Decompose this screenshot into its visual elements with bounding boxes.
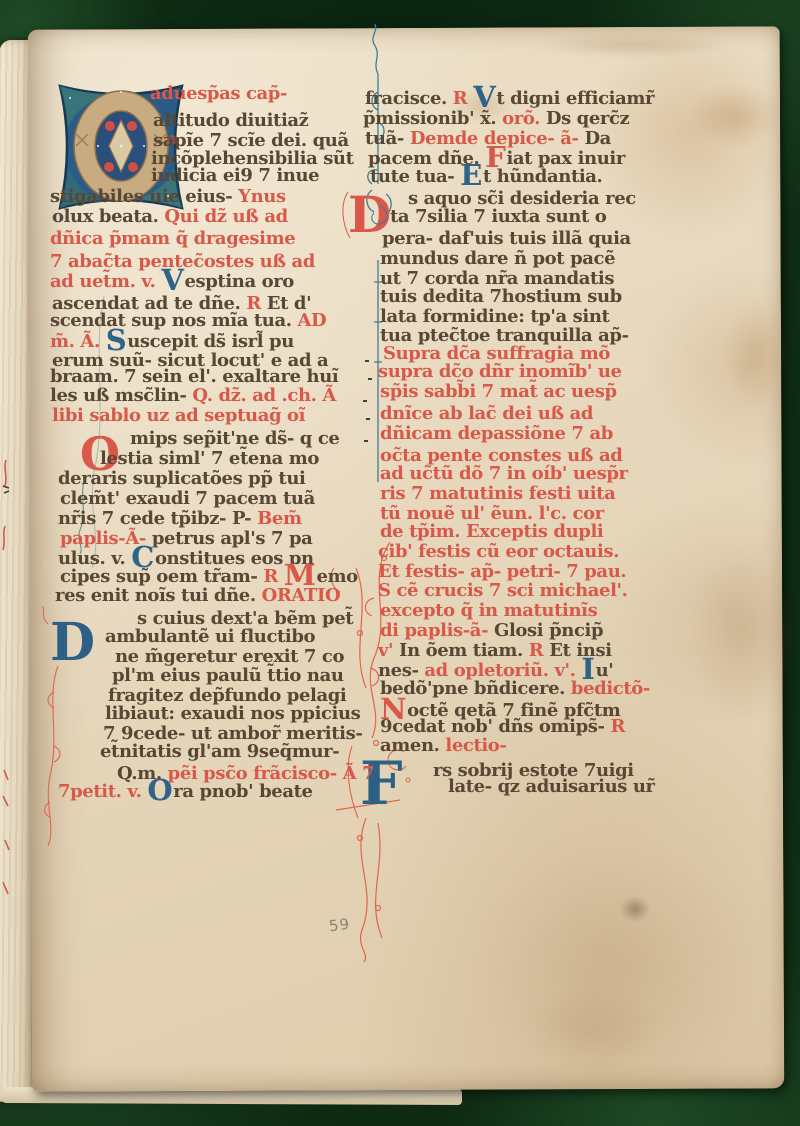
text-line: et̃nitatis gl'am 9seq̃mur- bbox=[100, 742, 339, 762]
text-line: libiaut: exaudi nos ppicius bbox=[105, 704, 360, 724]
ink-text: iudicia ei9 7 inue bbox=[151, 165, 319, 186]
rubric-text: Bem̃ bbox=[257, 508, 302, 529]
ink-text: Ds qerc̃z bbox=[546, 108, 630, 129]
ink-text: tuã- bbox=[365, 128, 410, 149]
ink-text: Da bbox=[584, 128, 610, 149]
text-line: v' In õem tiam. R Et insi bbox=[378, 641, 612, 661]
rubric-text: m̃. Ã. bbox=[50, 331, 106, 352]
text-line: res enit noĩs tui dñe. ORATIO bbox=[55, 586, 340, 606]
text-line: lata formidine: tp'a sint bbox=[380, 307, 609, 327]
text-line: dñica p̃mam q̃ dragesime bbox=[50, 229, 295, 249]
ink-text: t hũndantia. bbox=[483, 166, 602, 187]
text-line: fracisce. R Vt digni efficiamr̃ bbox=[365, 89, 654, 109]
rubric-text: AD bbox=[297, 310, 326, 331]
ink-text: petrus apl's 7 pa bbox=[152, 528, 313, 549]
rubric-text: ORATIO bbox=[262, 585, 341, 606]
text-line: clem̃t' exaudi 7 pacem tuã bbox=[60, 489, 315, 509]
text-line: ambulantẽ ui fluctibo bbox=[105, 627, 315, 647]
rubric-text: R bbox=[453, 88, 473, 109]
rubric-text: ad uet̃m. v. bbox=[50, 271, 161, 292]
text-line: pl'm eius paulũ t̃tio nau bbox=[112, 666, 344, 686]
ink-text: t digni efficiamr̃ bbox=[496, 88, 654, 109]
rubric-text: bedictõ- bbox=[571, 678, 650, 699]
rubric-text: excepto q̃ in matutinĩs bbox=[380, 600, 597, 621]
text-line: amen. lectio- bbox=[380, 736, 506, 756]
rubric-text: S cẽ crucis 7 sci michael'. bbox=[378, 580, 628, 601]
ink-text: et̃nitatis gl'am 9seq̃mur- bbox=[100, 741, 339, 762]
manuscript-photo: D F O D bbox=[0, 0, 800, 1126]
text-line: Et festis- ap̃- petri- 7 pau. bbox=[378, 562, 626, 582]
ink-text: pl'm eius paulũ t̃tio nau bbox=[112, 665, 344, 686]
text-line: ad uc̃tũ dõ 7 in oíb' uesp̃r bbox=[380, 464, 628, 484]
text-line: mundus dare ñ pot pacẽ bbox=[380, 249, 615, 269]
ink-text: Glosi p̃ncip̃ bbox=[494, 620, 603, 641]
text-line: ris 7 matutinis festi uita bbox=[380, 484, 615, 504]
manuscript-text: aduesp̃as cap̃-altitudo diuitiaz̃sapĩe 7… bbox=[0, 0, 800, 1126]
rubric-text: Ynus bbox=[238, 186, 286, 207]
ink-text: emo bbox=[316, 566, 357, 587]
ink-text: mips sep̃it'ne ds̃- q ce bbox=[130, 428, 339, 449]
rubric-text: dñica p̃mam q̃ dragesime bbox=[50, 228, 295, 249]
ink-text: pera- daf'uis tuis illã quia bbox=[382, 228, 631, 249]
ink-text: fracisce. bbox=[365, 88, 453, 109]
ink-text: tuis dedita 7hostium sub bbox=[380, 286, 622, 307]
rubric-text: Q. dz̃. ad .ch. Ã bbox=[192, 385, 336, 406]
initial-letter: O bbox=[147, 773, 173, 807]
rubric-text: ris 7 matutinis festi uita bbox=[380, 483, 615, 504]
text-line: scendat sup nos mĩa tua. AD bbox=[50, 311, 326, 331]
rubric-text: de tp̃im. Exceptis dupli bbox=[380, 521, 603, 542]
rubric-text: 7petit. v. bbox=[58, 781, 147, 802]
rubric-text: di paplis-ã- bbox=[380, 620, 494, 641]
text-line: nr̃is 7 cede tp̃ibz- P- Bem̃ bbox=[58, 509, 302, 529]
ink-text: In õem tiam. bbox=[399, 640, 529, 661]
ink-text: amen. bbox=[380, 735, 445, 756]
ink-text: scendat sup nos mĩa tua. bbox=[50, 310, 297, 331]
text-line: tute tua- Et hũndantia. bbox=[370, 167, 602, 187]
rubric-text: ad uc̃tũ dõ 7 in oíb' uesp̃r bbox=[380, 463, 628, 484]
text-line: 9cedat nob' dñs omips̃- R bbox=[380, 717, 625, 737]
text-line: tuis dedita 7hostium sub bbox=[380, 287, 622, 307]
text-line: pera- daf'uis tuis illã quia bbox=[382, 229, 631, 249]
rubric-text: sp̃is sabb̃i 7 mat̃ ac uesp̃ bbox=[380, 381, 617, 402]
text-line: sp̃is sabb̃i 7 mat̃ ac uesp̃ bbox=[380, 382, 617, 402]
ink-text: uscepit ds̃ isrl̃ pu bbox=[127, 331, 294, 352]
text-line: ad uet̃m. v. Vesptina oro bbox=[50, 272, 294, 292]
ink-text: ra pnob' beate bbox=[173, 781, 312, 802]
ink-text: p̃missionib' x̃. bbox=[363, 108, 502, 129]
text-line: stigabiles uie eius- Ynus bbox=[50, 187, 286, 207]
ink-text: clem̃t' exaudi 7 pacem tuã bbox=[60, 488, 315, 509]
text-line: braam. 7 sein el'. exaltare huĩ bbox=[50, 367, 338, 387]
rubric-text: orõ. bbox=[502, 108, 546, 129]
ink-text: late- qz aduisarius ur̃ bbox=[448, 776, 655, 797]
rubric-text: R bbox=[610, 716, 625, 737]
ink-text: olux beata. bbox=[52, 206, 164, 227]
initial-letter: V bbox=[161, 263, 184, 297]
ink-text: lata formidine: tp'a sint bbox=[380, 306, 609, 327]
ink-text: braam. 7 sein el'. exaltare huĩ bbox=[50, 366, 338, 387]
rubric-text: R bbox=[529, 640, 549, 661]
ink-text: les uß msc̃lin- bbox=[50, 385, 192, 406]
initial-letter: E bbox=[460, 158, 483, 192]
ink-text: ambulantẽ ui fluctibo bbox=[105, 626, 315, 647]
ink-text: 9cedat nob' dñs omips̃- bbox=[380, 716, 610, 737]
ink-text: lestia siml' 7 et̃ena mo bbox=[100, 448, 319, 469]
text-line: late- qz aduisarius ur̃ bbox=[448, 777, 655, 797]
ink-text: altitudo diuitiaz̃ bbox=[153, 110, 309, 131]
rubric-text: R bbox=[263, 566, 283, 587]
text-line: excepto q̃ in matutinĩs bbox=[380, 601, 597, 621]
ink-text: bedõ'pne bñdicere. bbox=[380, 678, 571, 699]
text-line: m̃. Ã. Suscepit ds̃ isrl̃ pu bbox=[50, 332, 294, 352]
rubric-text: libi sablo uz ad septuag̃ oĩ bbox=[52, 405, 305, 426]
folio-number: 59 bbox=[328, 915, 351, 936]
rubric-text: lectio- bbox=[445, 735, 506, 756]
text-line: deraris suplicatões pp̃ tui bbox=[58, 469, 305, 489]
ink-text: deraris suplicatões pp̃ tui bbox=[58, 468, 305, 489]
text-line: dñicam depassiõne 7 ab bbox=[380, 424, 613, 444]
text-line: iudicia ei9 7 inue bbox=[151, 166, 319, 186]
text-line: cib' festis cũ eor octauis. bbox=[378, 542, 619, 562]
text-line: bedõ'pne bñdicere. bedictõ- bbox=[380, 679, 650, 699]
text-line: di paplis-ã- Glosi p̃ncip̃ bbox=[380, 621, 603, 641]
ink-text: ta 7silia 7 iuxta sunt o bbox=[390, 206, 606, 227]
text-line: libi sablo uz ad septuag̃ oĩ bbox=[52, 406, 305, 426]
text-line: p̃missionib' x̃. orõ. Ds qerc̃z bbox=[363, 109, 629, 129]
rubric-text: aduesp̃as cap̃- bbox=[150, 83, 287, 104]
rubric-text: cib' festis cũ eor octauis. bbox=[378, 541, 619, 562]
ink-text: tute tua- bbox=[370, 166, 460, 187]
rubric-text: Qui dz̃ uß ad bbox=[164, 206, 287, 227]
text-line: de tp̃im. Exceptis dupli bbox=[380, 522, 603, 542]
ink-text: res enit noĩs tui dñe. bbox=[55, 585, 262, 606]
text-line: cipes sup̃ oem tr̃am- R Memo bbox=[60, 567, 358, 587]
ink-text: nr̃is 7 cede tp̃ibz- P- bbox=[58, 508, 257, 529]
ink-text: esptina oro bbox=[184, 271, 293, 292]
rubric-text: supra dc̃o dñr inomĩb' ue bbox=[378, 361, 622, 382]
text-line: S cẽ crucis 7 sci michael'. bbox=[378, 581, 628, 601]
text-line: altitudo diuitiaz̃ bbox=[153, 111, 309, 131]
text-line: aduesp̃as cap̃- bbox=[150, 84, 287, 104]
text-line: olux beata. Qui dz̃ uß ad bbox=[52, 207, 288, 227]
text-line: ne m̃geretur erexit 7 co bbox=[115, 647, 344, 667]
ink-text: stigabiles uie eius- bbox=[50, 186, 238, 207]
text-line: 7petit. v. Ora pnob' beate bbox=[58, 782, 313, 802]
rubric-text: dñicam depassiõne 7 ab bbox=[380, 423, 613, 444]
rubric-text: v' bbox=[378, 640, 399, 661]
text-line: ta 7silia 7 iuxta sunt o bbox=[390, 207, 606, 227]
text-line: les uß msc̃lin- Q. dz̃. ad .ch. Ã bbox=[50, 386, 336, 406]
ink-text: ne m̃geretur erexit 7 co bbox=[115, 646, 344, 667]
text-line: dnĩce ab lac̃ dei uß ad bbox=[380, 404, 593, 424]
text-line: supra dc̃o dñr inomĩb' ue bbox=[378, 362, 622, 382]
text-line: lestia siml' 7 et̃ena mo bbox=[100, 449, 319, 469]
ink-text: mundus dare ñ pot pacẽ bbox=[380, 248, 615, 269]
text-line: mips sep̃it'ne ds̃- q ce bbox=[130, 429, 339, 449]
rubric-text: Et festis- ap̃- petri- 7 pau. bbox=[378, 561, 626, 582]
rubric-text: dnĩce ab lac̃ dei uß ad bbox=[380, 403, 593, 424]
ink-text: libiaut: exaudi nos ppicius bbox=[105, 703, 360, 724]
ink-text: cipes sup̃ oem tr̃am- bbox=[60, 566, 263, 587]
text-line: paplis-Ã- petrus apl's 7 pa bbox=[60, 529, 312, 549]
